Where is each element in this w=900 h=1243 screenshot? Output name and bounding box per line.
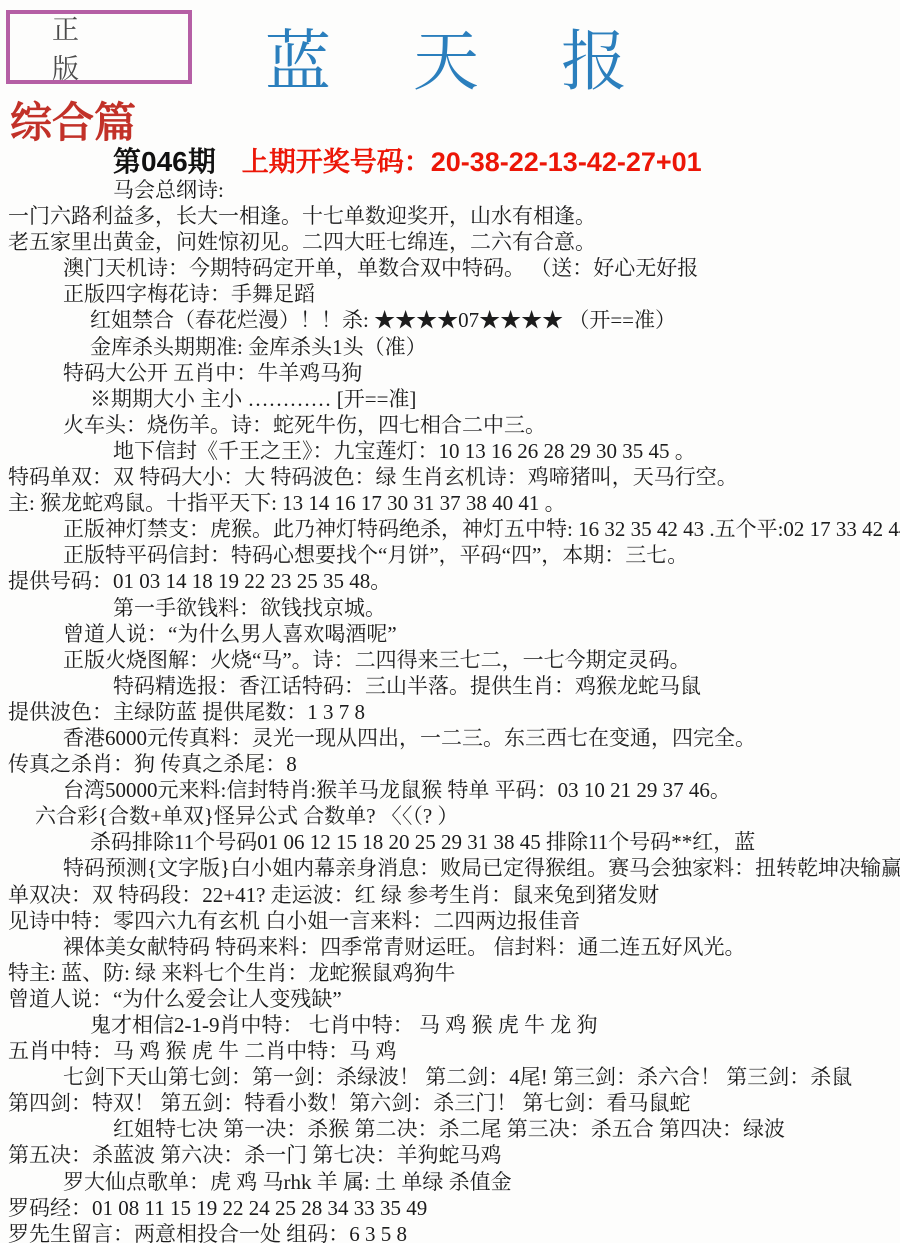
text-line: 特码大公开 五肖中：牛羊鸡马狗: [0, 360, 900, 386]
text-line: 见诗中特：零四六九有玄机 白小姐一言来料：二四两边报佳音: [0, 908, 900, 934]
text-line: 台湾50000元来料:信封特肖:猴羊马龙鼠猴 特单 平码：03 10 21 29…: [0, 777, 900, 803]
issue-row: 第046期 上期开奖号码：20-38-22-13-42-27+01: [0, 140, 900, 180]
text-line: 第一手欲钱料：欲钱找京城。: [0, 595, 900, 621]
text-line: 正版四字梅花诗：手舞足蹈: [0, 281, 900, 307]
text-line: 红姐禁合（春花烂漫）！！杀: ★★★★07★★★★ （开==准）: [0, 307, 900, 333]
text-line: 正版特平码信封：特码心想要找个“月饼”，平码“四”，本期：三七。: [0, 542, 900, 568]
text-line: 七剑下天山第七剑：第一剑：杀绿波！ 第二剑：4尾! 第三剑：杀六合！ 第三剑：杀…: [0, 1064, 900, 1090]
text-line: 正版神灯禁支：虎猴。此乃神灯特码绝杀，神灯五中特: 16 32 35 42 43…: [0, 516, 900, 542]
text-line: 罗大仙点歌单：虎 鸡 马rhk 羊 属: 土 单绿 杀值金: [0, 1169, 900, 1195]
text-line: 第四剑：特双！ 第五剑：特看小数！第六剑：杀三门！ 第七剑：看马鼠蛇: [0, 1090, 900, 1116]
text-line: 一门六路利益多，长大一相逢。十七单数迎奖开，山水有相逢。: [0, 203, 900, 229]
text-line: 特码预测{文字版}白小姐内幕亲身消息：败局已定得猴组。赛马会独家料：扭转乾坤决输…: [0, 855, 900, 881]
text-line: 特码精选报：香江话特码：三山半落。提供生肖：鸡猴龙蛇马鼠: [0, 673, 900, 699]
text-line: 正版火烧图解：火烧“马”。诗：二四得来三七二，一七今期定灵码。: [0, 647, 900, 673]
text-line: 火车头：烧伤羊。诗：蛇死牛伤，四七相合二中三。: [0, 412, 900, 438]
text-line: ※期期大小 主小 ………… [开==准]: [0, 386, 900, 412]
text-line: 杀码排除11个号码01 06 12 15 18 20 25 29 31 38 4…: [0, 829, 900, 855]
text-line: 红姐特七决 第一决：杀猴 第二决：杀二尾 第三决：杀五合 第四决：绿波: [0, 1116, 900, 1142]
text-line: 罗先生留言：两意相投合一处 组码：6 3 5 8: [0, 1221, 900, 1243]
text-line: 鬼才相信2-1-9肖中特： 七肖中特： 马 鸡 猴 虎 牛 龙 狗: [0, 1012, 900, 1038]
text-line: 澳门天机诗：今期特码定开单，单数合双中特码。 （送：好心无好报: [0, 255, 900, 281]
text-line: 马会总纲诗:: [0, 177, 900, 203]
last-draw-numbers: 上期开奖号码：20-38-22-13-42-27+01: [242, 147, 702, 177]
text-line: 香港6000元传真料：灵光一现从四出，一二三。东三西七在变通，四完全。: [0, 725, 900, 751]
text-line: 曾道人说：“为什么爱会让人变残缺”: [0, 986, 900, 1012]
text-line: 曾道人说：“为什么男人喜欢喝酒呢”: [0, 621, 900, 647]
text-line: 老五家里出黄金，问姓惊初见。二四大旺七绵连，二六有合意。: [0, 229, 900, 255]
text-line: 金库杀头期期准: 金库杀头1头（准）: [0, 334, 900, 360]
text-line: 第五决：杀蓝波 第六决：杀一门 第七决：羊狗蛇马鸡: [0, 1142, 900, 1168]
text-line: 传真之杀肖：狗 传真之杀尾：8: [0, 751, 900, 777]
text-line: 特码单双：双 特码大小：大 特码波色：绿 生肖玄机诗：鸡啼猪叫，天马行空。: [0, 464, 900, 490]
text-line: 特主: 蓝、防: 绿 来料七个生肖：龙蛇猴鼠鸡狗牛: [0, 960, 900, 986]
text-line: 五肖中特：马 鸡 猴 虎 牛 二肖中特：马 鸡: [0, 1038, 900, 1064]
text-line: 提供波色：主绿防蓝 提供尾数：1 3 7 8: [0, 699, 900, 725]
newspaper-page: 正 版 蓝 天 报 综合篇 第046期 上期开奖号码：20-38-22-13-4…: [0, 0, 900, 1243]
body-text: 马会总纲诗: 一门六路利益多，长大一相逢。十七单数迎奖开，山水有相逢。 老五家里…: [0, 177, 900, 1243]
issue-number: 第046期: [113, 146, 216, 177]
text-line: 罗码经：01 08 11 15 19 22 24 25 28 34 33 35 …: [0, 1195, 900, 1221]
text-line: 单双决：双 特码段：22+41? 走运波：红 绿 参考生肖：鼠来兔到猪发财: [0, 882, 900, 908]
text-line: 提供号码：01 03 14 18 19 22 23 25 35 48。: [0, 568, 900, 594]
page-title: 蓝 天 报: [0, 8, 900, 103]
text-line: 地下信封《千王之王》：九宝莲灯：10 13 16 26 28 29 30 35 …: [0, 438, 900, 464]
text-line: 裸体美女献特码 特码来料：四季常青财运旺。 信封料：通二连五好风光。: [0, 934, 900, 960]
text-line: 主: 猴龙蛇鸡鼠。十指平天下: 13 14 16 17 30 31 37 38 …: [0, 490, 900, 516]
text-line: 六合彩{合数+单双}怪异公式 合数单? 〈〈（? ）: [0, 803, 900, 829]
